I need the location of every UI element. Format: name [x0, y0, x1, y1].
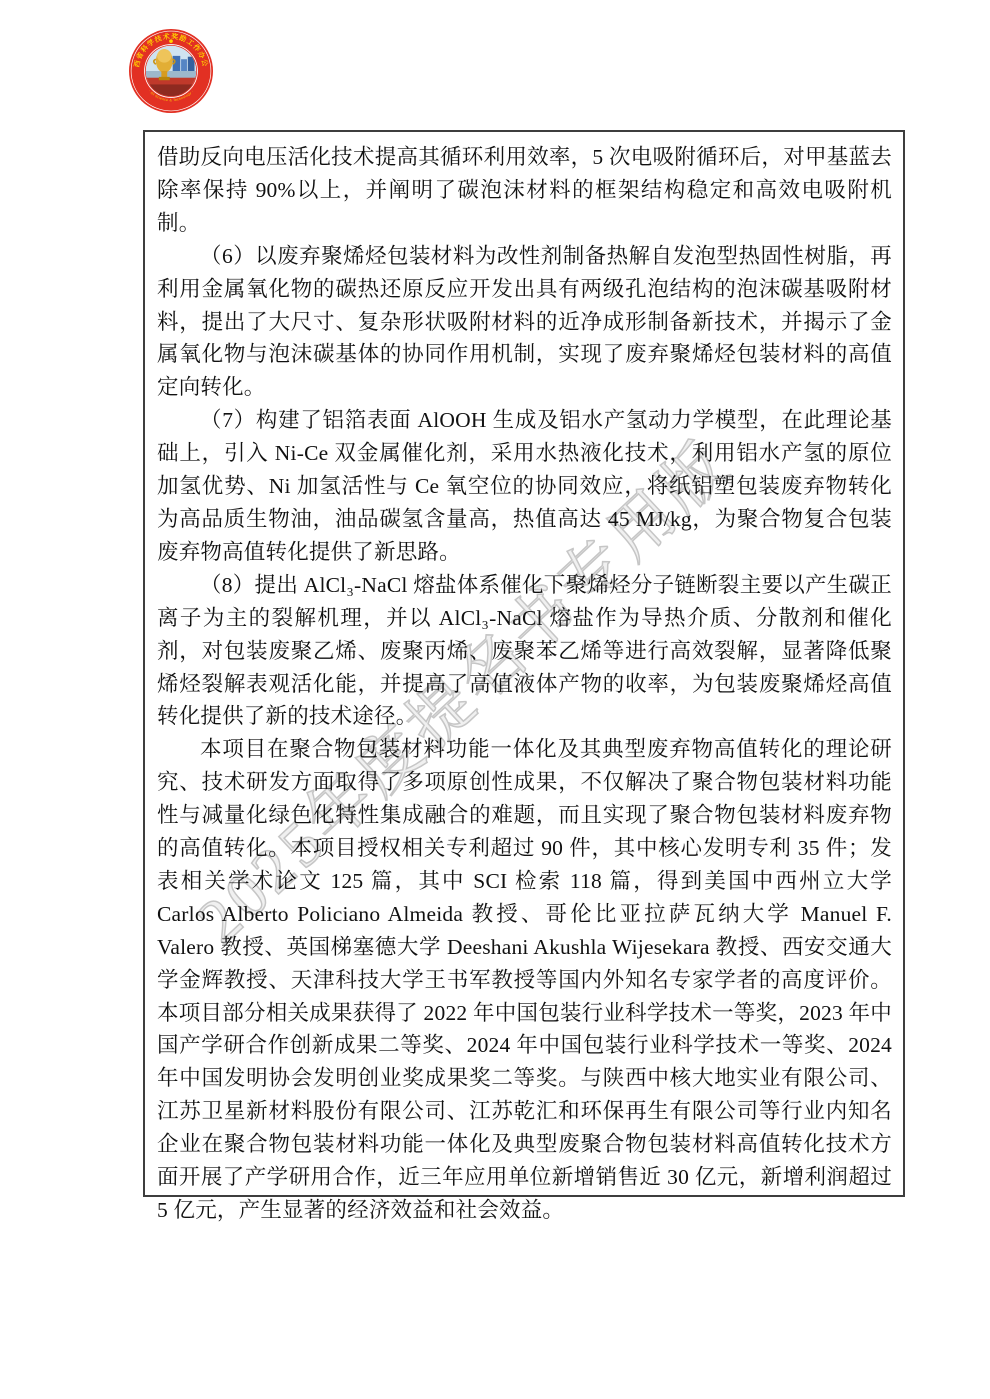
seal-center-scene	[146, 46, 196, 96]
paragraph-summary: 本项目在聚合物包装材料功能一体化及其典型废弃物高值转化的理论研究、技术研发方面取…	[157, 733, 892, 1227]
award-office-seal-logo: 陕西省科学技术奖励工作办公室 · Of Science & Technology…	[129, 29, 213, 113]
content-text-block: 借助反向电压活化技术提高其循环利用效率，5 次电吸附循环后，对甲基蓝去除率保持 …	[145, 132, 903, 1227]
content-frame: 借助反向电压活化技术提高其循环利用效率，5 次电吸附循环后，对甲基蓝去除率保持 …	[143, 130, 905, 1197]
seal-logo-image: 陕西省科学技术奖励工作办公室 · Of Science & Technology…	[129, 29, 213, 113]
paragraph-item-7: （7）构建了铝箔表面 AlOOH 生成及铝水产氢动力学模型，在此理论基础上，引入…	[157, 404, 892, 569]
paragraph-continuation: 借助反向电压活化技术提高其循环利用效率，5 次电吸附循环后，对甲基蓝去除率保持 …	[157, 141, 892, 240]
paragraph-item-8: （8）提出 AlCl₃-NaCl 熔盐体系催化下聚烯烃分子链断裂主要以产生碳正离…	[157, 569, 892, 734]
document-page: { "page": { "watermark": "2025年度提名书专用版" …	[0, 0, 990, 1399]
paragraph-item-6: （6）以废弃聚烯烃包装材料为改性剂制备热解自发泡型热固性树脂，再利用金属氧化物的…	[157, 240, 892, 405]
